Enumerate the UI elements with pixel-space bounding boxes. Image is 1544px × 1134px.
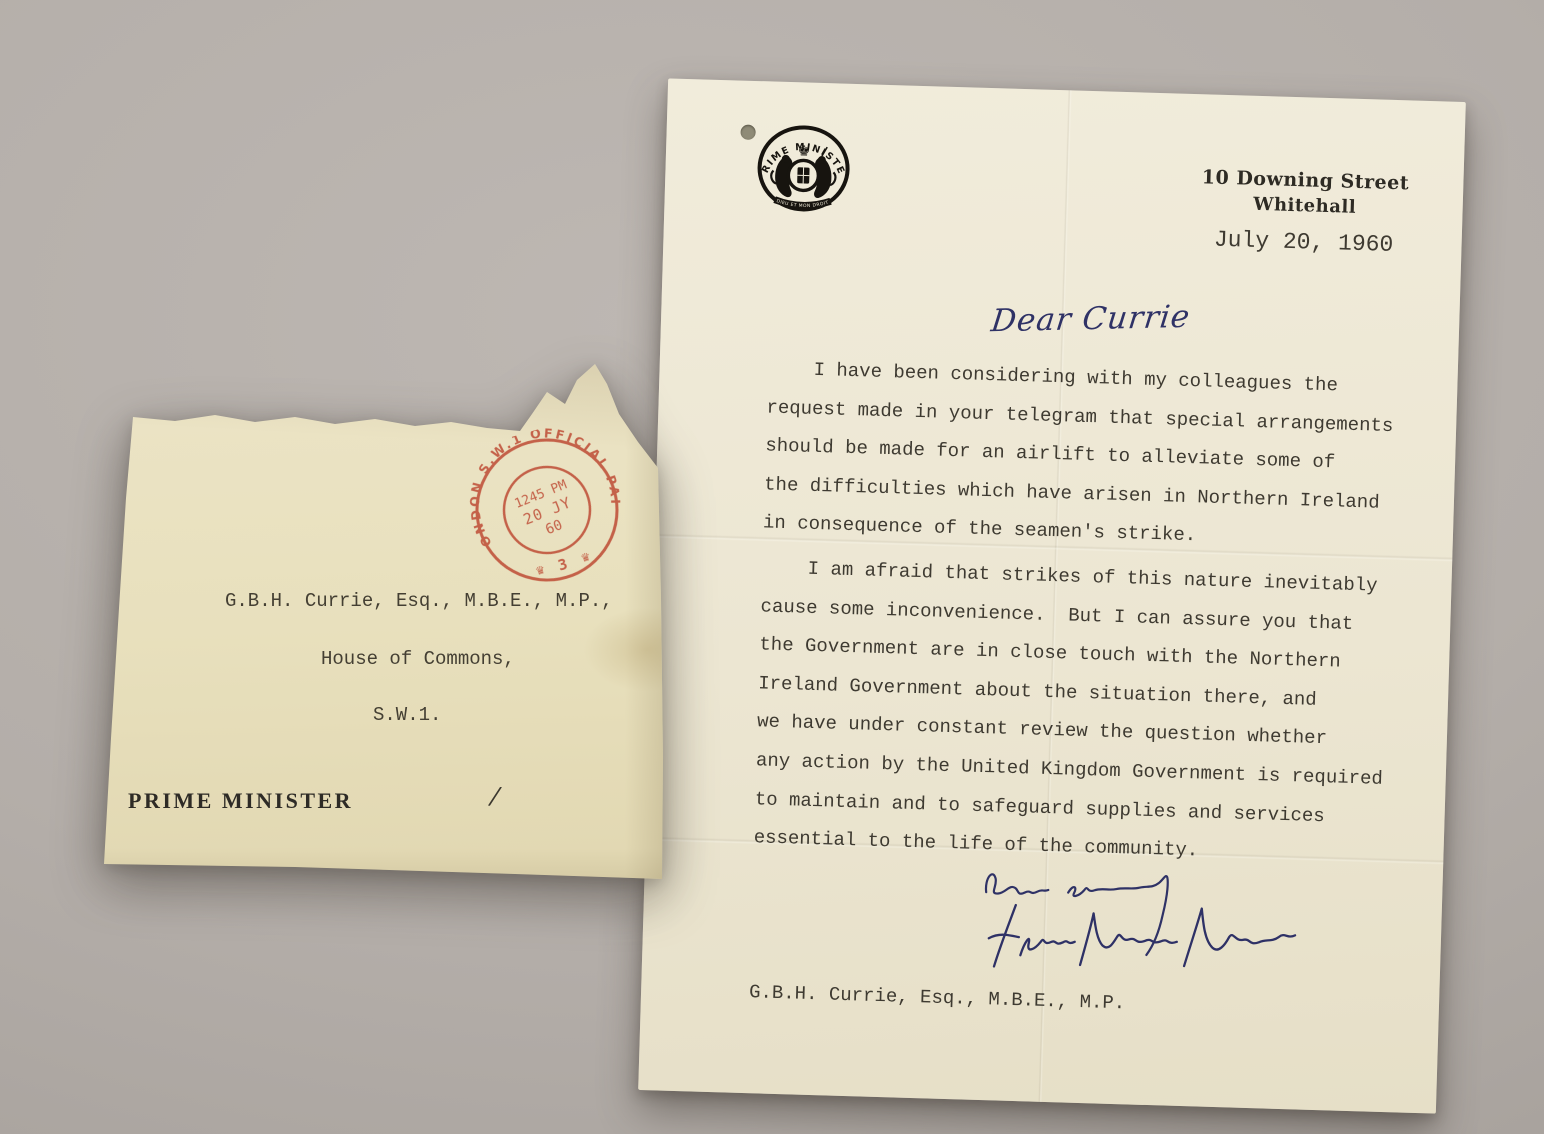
letterhead-block: 10 Downing Street Whitehall July 20, 196… <box>1143 165 1465 260</box>
body-line: cause some inconvenience. But I can assu… <box>760 595 1353 635</box>
paragraph-1: I have been considering with my colleagu… <box>762 349 1419 561</box>
photograph-background: PRIME MINISTER ♚ DIEU ET MON DROIT 10 Do… <box>0 0 1544 1134</box>
body-line: the Government are in close touch with t… <box>759 634 1341 673</box>
crest-crown-icon: ♚ <box>798 143 811 159</box>
postmark-crown-icon: ♛ <box>534 563 547 578</box>
body-line: request made in your telegram that speci… <box>766 396 1393 437</box>
pen-tick-mark: / <box>490 782 501 811</box>
envelope-wrapper: LONDON S.W.1 OFFICIAL PAID 1245 PM 20 JY… <box>95 358 670 888</box>
signature-harold-macmillan <box>983 888 1306 997</box>
body-line: I am afraid that strikes of this nature … <box>761 556 1377 596</box>
body-line: we have under constant review the questi… <box>757 711 1327 750</box>
body-line: should be made for an airlift to allevia… <box>765 435 1335 474</box>
body-line: Ireland Government about the situation t… <box>758 672 1317 711</box>
handwritten-salutation: Dear Currie <box>989 299 1192 340</box>
body-line: the difficulties which have arisen in No… <box>764 473 1380 513</box>
prime-minister-imprint: PRIME MINISTER <box>128 788 353 814</box>
body-line: I have been considering with my colleagu… <box>767 357 1338 396</box>
postmark-ring-text: LONDON S.W.1 OFFICIAL PAID <box>448 411 628 553</box>
letterhead-address-line2: Whitehall <box>1144 191 1464 221</box>
body-line: in consequence of the seamen's strike. <box>763 512 1197 547</box>
envelope-address-line3: S.W.1. <box>373 704 441 726</box>
body-line: any action by the United Kingdom Governm… <box>756 749 1383 790</box>
prime-minister-crest-icon: PRIME MINISTER ♚ DIEU ET MON DROIT <box>754 121 853 216</box>
svg-text:LONDON S.W.1 OFFICIAL PAID: LONDON S.W.1 OFFICIAL PAID <box>448 411 628 553</box>
body-line: to maintain and to safeguard supplies an… <box>755 788 1325 827</box>
postmark-crown-icon: ♛ <box>579 550 592 565</box>
postmark-stamp: LONDON S.W.1 OFFICIAL PAID 1245 PM 20 JY… <box>448 411 646 609</box>
paragraph-2: I am afraid that strikes of this nature … <box>753 548 1414 876</box>
letter-sheet: PRIME MINISTER ♚ DIEU ET MON DROIT 10 Do… <box>638 78 1466 1113</box>
envelope: LONDON S.W.1 OFFICIAL PAID 1245 PM 20 JY… <box>95 358 670 888</box>
letter-date: July 20, 1960 <box>1143 225 1464 260</box>
envelope-address-line2: House of Commons, <box>321 648 515 670</box>
letter-body: I have been considering with my colleagu… <box>753 349 1420 876</box>
envelope-address-line1: G.B.H. Currie, Esq., M.B.E., M.P., <box>225 590 613 612</box>
punch-hole <box>740 125 755 140</box>
postmark-index: 3 <box>556 555 570 575</box>
